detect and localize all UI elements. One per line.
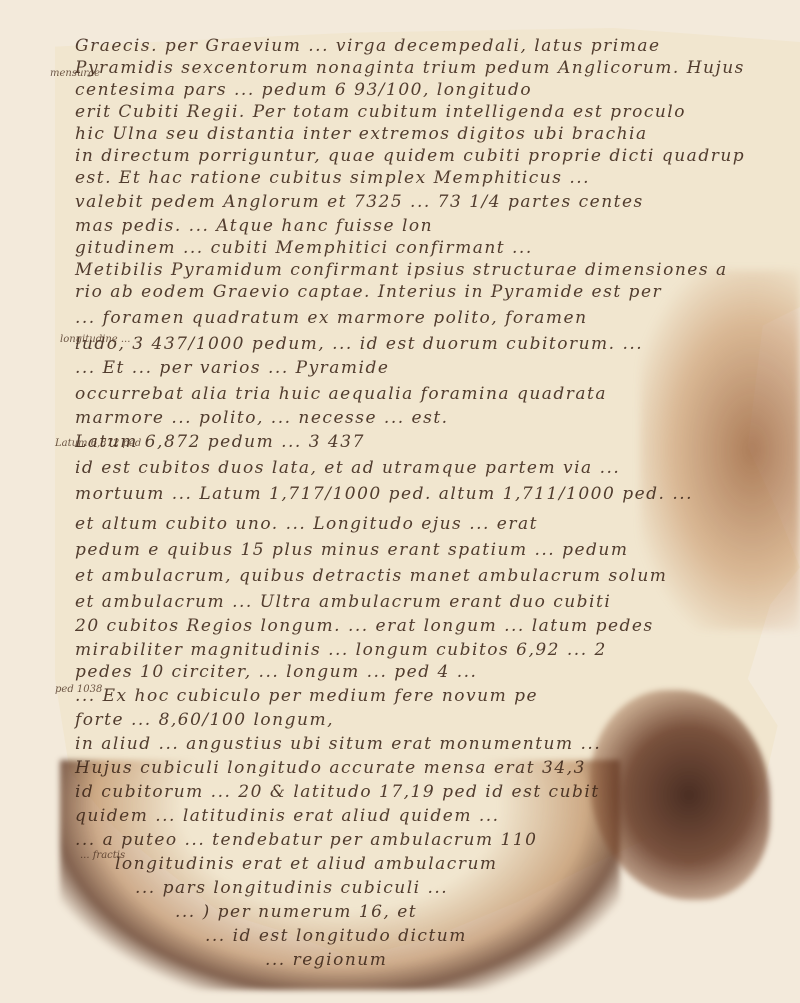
- manuscript-line: et altum cubito uno. ... Longitudo ejus …: [75, 514, 538, 534]
- manuscript-line: in directum porriguntur, quae quidem cub…: [75, 146, 745, 166]
- manuscript-line: pedum e quibus 15 plus minus erant spati…: [75, 540, 629, 560]
- manuscript-line: mortuum ... Latum 1,717/1000 ped. altum …: [75, 484, 693, 504]
- manuscript-line: ... a puteo ... tendebatur per ambulacru…: [75, 830, 537, 850]
- margin-note: mensurae: [50, 68, 100, 79]
- manuscript-line: id cubitorum ... 20 & latitudo 17,19 ped…: [75, 782, 600, 802]
- manuscript-line: 20 cubitos Regios longum. ... erat longu…: [75, 616, 654, 636]
- margin-note: ... fractis: [80, 850, 125, 861]
- manuscript-line: et ambulacrum, quibus detractis manet am…: [75, 566, 667, 586]
- manuscript-line: centesima pars ... pedum 6 93/100, longi…: [75, 80, 532, 100]
- manuscript-line: et ambulacrum ... Ultra ambulacrum erant…: [75, 592, 611, 612]
- manuscript-line: occurrebat alia tria huic aequalia foram…: [75, 384, 607, 404]
- manuscript-line: pedes 10 circiter, ... longum ... ped 4 …: [75, 662, 477, 682]
- manuscript-line: ... regionum: [265, 950, 387, 970]
- manuscript-line: Pyramidis sexcentorum nonaginta trium pe…: [75, 58, 745, 78]
- manuscript-line: ... id est longitudo dictum: [205, 926, 467, 946]
- manuscript-line: in aliud ... angustius ubi situm erat mo…: [75, 734, 601, 754]
- manuscript-line: longitudinis erat et aliud ambulacrum: [115, 854, 498, 874]
- manuscript-line: Hujus cubiculi longitudo accurate mensa …: [75, 758, 586, 778]
- manuscript-line: marmore ... polito, ... necesse ... est.: [75, 408, 449, 428]
- manuscript-line: Graecis. per Graevium ... virga decemped…: [75, 36, 661, 56]
- manuscript-line: erit Cubiti Regii. Per totam cubitum int…: [75, 102, 686, 122]
- manuscript-line: ludo, 3 437/1000 pedum, ... id est duoru…: [75, 334, 643, 354]
- manuscript-line: Metibilis Pyramidum confirmant ipsius st…: [75, 260, 728, 280]
- manuscript-line: quidem ... latitudinis erat aliud quidem…: [75, 806, 500, 826]
- manuscript-line: mirabiliter magnitudinis ... longum cubi…: [75, 640, 607, 660]
- manuscript-line: valebit pedem Anglorum et 7325 ... 73 1/…: [75, 192, 644, 212]
- manuscript-line: rio ab eodem Graevio captae. Interius in…: [75, 282, 662, 302]
- margin-note: longitudine ...: [60, 334, 130, 345]
- manuscript-line: ... foramen quadratum ex marmore polito,…: [75, 308, 588, 328]
- manuscript-line: ... pars longitudinis cubiculi ...: [135, 878, 448, 898]
- manuscript-line: ... Ex hoc cubiculo per medium fere novu…: [75, 686, 538, 706]
- manuscript-line: est. Et hac ratione cubitus simplex Memp…: [75, 168, 590, 188]
- margin-note: ped 1038: [55, 684, 102, 695]
- manuscript-line: forte ... 8,60/100 longum,: [75, 710, 334, 730]
- manuscript-line: id est cubitos duos lata, et ad utramque…: [75, 458, 620, 478]
- manuscript-line: mas pedis. ... Atque hanc fuisse lon: [75, 216, 433, 236]
- manuscript-line: gitudinem ... cubiti Memphitici confirma…: [75, 238, 533, 258]
- manuscript-line: ... Et ... per varios ... Pyramide: [75, 358, 389, 378]
- margin-note: Latum 6,872 ped: [55, 438, 141, 449]
- manuscript-line: hic Ulna seu distantia inter extremos di…: [75, 124, 648, 144]
- manuscript-line: ... ) per numerum 16, et: [175, 902, 417, 922]
